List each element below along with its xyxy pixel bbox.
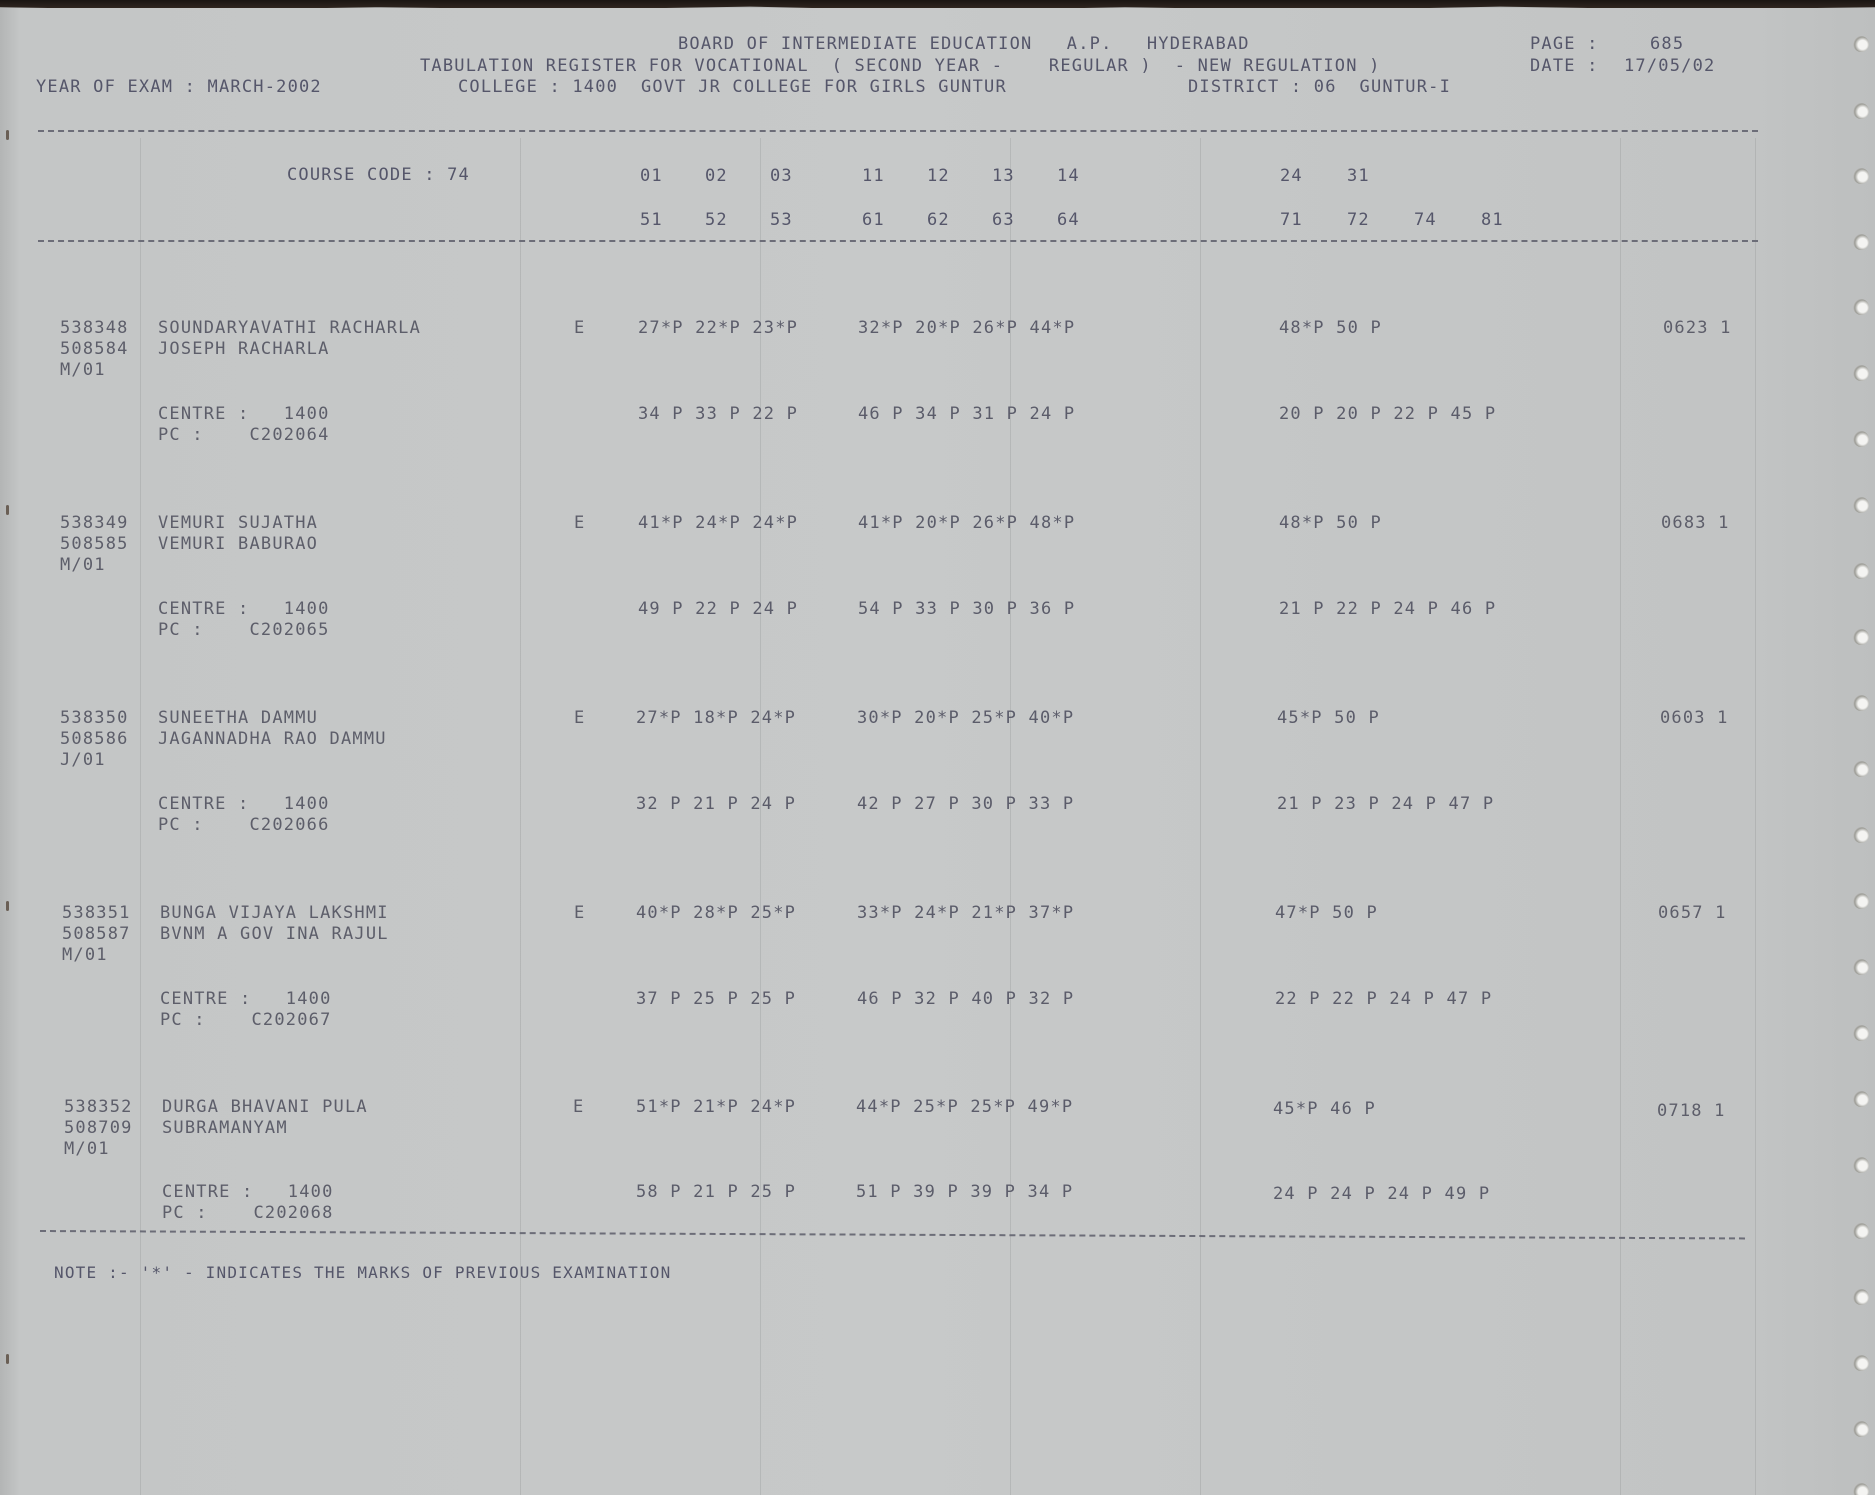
subject-code: 24 [1280, 166, 1303, 186]
perforation-hole-icon [1853, 827, 1869, 843]
perforation-hole-icon [1853, 761, 1869, 777]
student-name: SUNEETHA DAMMU [158, 708, 318, 728]
second-year-marks-group1: 37 P 25 P 25 P [636, 989, 796, 1009]
subject-code: 02 [705, 166, 728, 186]
total-marks: 0603 1 [1660, 708, 1729, 728]
second-year-marks-group1: 49 P 22 P 24 P [638, 599, 798, 619]
tabulation-register-sheet: BOARD OF INTERMEDIATE EDUCATION A.P. HYD… [0, 8, 1875, 1495]
subject-code: 11 [862, 166, 885, 186]
subject-code: 51 [640, 210, 663, 230]
centre: CENTRE : 1400 [158, 794, 330, 814]
pc-code: PC : C202068 [162, 1203, 334, 1223]
student-name: DURGA BHAVANI PULA [162, 1097, 368, 1117]
first-year-marks-group1: 40*P 28*P 25*P [636, 903, 796, 923]
perforation-hole-icon [1853, 629, 1869, 645]
hall-ticket-number: 538352 [64, 1097, 133, 1117]
first-year-marks-group3: 45*P 50 P [1277, 708, 1380, 728]
first-year-marks-group1: 51*P 21*P 24*P [636, 1097, 796, 1117]
registration-number: 508587 [62, 924, 131, 944]
first-year-marks-group3: 48*P 50 P [1279, 318, 1382, 338]
subject-code: 31 [1347, 166, 1370, 186]
divider-line [38, 130, 1758, 132]
first-year-marks-group2: 30*P 20*P 25*P 40*P [857, 708, 1074, 728]
hall-ticket-number: 538351 [62, 903, 131, 923]
registration-number: 508584 [60, 339, 129, 359]
perforation-hole-icon [1853, 234, 1869, 250]
subject-code: 63 [992, 210, 1015, 230]
total-marks: 0683 1 [1661, 513, 1730, 533]
perforation-hole-icon [1853, 1157, 1869, 1173]
perforation-hole-icon [1853, 1223, 1869, 1239]
second-year-marks-group1: 58 P 21 P 25 P [636, 1182, 796, 1202]
second-year-marks-group2: 46 P 34 P 31 P 24 P [858, 404, 1075, 424]
perforation-hole-icon [1853, 695, 1869, 711]
hall-ticket-number: 538350 [60, 708, 129, 728]
binder-mark [6, 505, 9, 515]
perforation-hole-icon [1853, 1289, 1869, 1305]
category-code: M/01 [64, 1139, 110, 1159]
medium: E [573, 1097, 584, 1117]
first-year-marks-group3: 48*P 50 P [1279, 513, 1382, 533]
second-year-marks-group2: 51 P 39 P 39 P 34 P [856, 1182, 1073, 1202]
form-column-line [1755, 138, 1756, 1495]
perforation-hole-icon [1853, 299, 1869, 315]
subject-code: 61 [862, 210, 885, 230]
centre: CENTRE : 1400 [158, 404, 330, 424]
subject-code: 74 [1414, 210, 1437, 230]
first-year-marks-group2: 32*P 20*P 26*P 44*P [858, 318, 1075, 338]
category-code: J/01 [60, 750, 106, 770]
form-column-line [520, 138, 521, 1495]
second-year-marks-group1: 34 P 33 P 22 P [638, 404, 798, 424]
perforation-hole-icon [1853, 959, 1869, 975]
college-info: COLLEGE : 1400 GOVT JR COLLEGE FOR GIRLS… [458, 77, 1007, 97]
student-name: VEMURI SUJATHA [158, 513, 318, 533]
binder-mark [6, 130, 9, 140]
second-year-marks-group3: 21 P 23 P 24 P 47 P [1277, 794, 1494, 814]
second-year-marks-group1: 32 P 21 P 24 P [636, 794, 796, 814]
medium: E [574, 708, 585, 728]
father-name: JOSEPH RACHARLA [158, 339, 330, 359]
page-label: PAGE : [1530, 34, 1599, 54]
divider-line [38, 240, 1758, 242]
student-name: SOUNDARYAVATHI RACHARLA [158, 318, 421, 338]
student-name: BUNGA VIJAYA LAKSHMI [160, 903, 389, 923]
first-year-marks-group3: 45*P 46 P [1273, 1099, 1376, 1119]
second-year-marks-group2: 46 P 32 P 40 P 32 P [857, 989, 1074, 1009]
subject-code: 14 [1057, 166, 1080, 186]
second-year-marks-group3: 24 P 24 P 24 P 49 P [1273, 1184, 1490, 1204]
perforation-hole-icon [1853, 103, 1869, 119]
print-date: 17/05/02 [1624, 56, 1715, 76]
first-year-marks-group2: 44*P 25*P 25*P 49*P [856, 1097, 1073, 1117]
total-marks: 0718 1 [1657, 1101, 1726, 1121]
first-year-marks-group2: 41*P 20*P 26*P 48*P [858, 513, 1075, 533]
district-info: DISTRICT : 06 GUNTUR-I [1188, 77, 1451, 97]
subject-code: 72 [1347, 210, 1370, 230]
registration-number: 508585 [60, 534, 129, 554]
hall-ticket-number: 538348 [60, 318, 129, 338]
perforation-hole-icon [1853, 36, 1869, 52]
subject-code: 81 [1481, 210, 1504, 230]
perforation-hole-icon [1853, 1421, 1869, 1437]
second-year-marks-group3: 20 P 20 P 22 P 45 P [1279, 404, 1496, 424]
father-name: JAGANNADHA RAO DAMMU [158, 729, 387, 749]
pc-code: PC : C202067 [160, 1010, 332, 1030]
register-title: TABULATION REGISTER FOR VOCATIONAL ( SEC… [420, 56, 1381, 76]
first-year-marks-group1: 27*P 22*P 23*P [638, 318, 798, 338]
perforation-hole-icon [1853, 1091, 1869, 1107]
form-column-line [1620, 138, 1621, 1495]
board-title: BOARD OF INTERMEDIATE EDUCATION A.P. HYD… [678, 34, 1250, 54]
course-code: COURSE CODE : 74 [287, 165, 470, 185]
second-year-marks-group3: 21 P 22 P 24 P 46 P [1279, 599, 1496, 619]
subject-code: 03 [770, 166, 793, 186]
subject-code: 53 [770, 210, 793, 230]
perforation-hole-icon [1853, 431, 1869, 447]
pc-code: PC : C202066 [158, 815, 330, 835]
subject-code: 62 [927, 210, 950, 230]
registration-number: 508586 [60, 729, 129, 749]
page-number: 685 [1650, 34, 1684, 54]
form-column-line [760, 138, 761, 1495]
perforation-hole-icon [1853, 497, 1869, 513]
date-label: DATE : [1530, 56, 1599, 76]
medium: E [574, 903, 585, 923]
first-year-marks-group3: 47*P 50 P [1275, 903, 1378, 923]
category-code: M/01 [60, 360, 106, 380]
category-code: M/01 [60, 555, 106, 575]
perforation-hole-icon [1853, 893, 1869, 909]
total-marks: 0623 1 [1663, 318, 1732, 338]
pc-code: PC : C202065 [158, 620, 330, 640]
perforation-hole-icon [1853, 168, 1869, 184]
second-year-marks-group2: 42 P 27 P 30 P 33 P [857, 794, 1074, 814]
subject-code: 52 [705, 210, 728, 230]
father-name: VEMURI BABURAO [158, 534, 318, 554]
total-marks: 0657 1 [1658, 903, 1727, 923]
perforation-hole-icon [1853, 1483, 1869, 1495]
medium: E [574, 513, 585, 533]
binder-mark [6, 1354, 9, 1364]
subject-code: 12 [927, 166, 950, 186]
year-of-exam: YEAR OF EXAM : MARCH-2002 [36, 77, 322, 97]
form-column-line [1200, 138, 1201, 1495]
form-column-line [1010, 138, 1011, 1495]
medium: E [574, 318, 585, 338]
subject-code: 01 [640, 166, 663, 186]
perforation-hole-icon [1853, 1025, 1869, 1041]
perforation-hole-icon [1853, 563, 1869, 579]
subject-code: 13 [992, 166, 1015, 186]
perforation-hole-icon [1853, 1355, 1869, 1371]
centre: CENTRE : 1400 [160, 989, 332, 1009]
pc-code: PC : C202064 [158, 425, 330, 445]
hall-ticket-number: 538349 [60, 513, 129, 533]
father-name: BVNM A GOV INA RAJUL [160, 924, 389, 944]
perforation-hole-icon [1853, 365, 1869, 381]
subject-code: 64 [1057, 210, 1080, 230]
centre: CENTRE : 1400 [162, 1182, 334, 1202]
first-year-marks-group1: 41*P 24*P 24*P [638, 513, 798, 533]
subject-code: 71 [1280, 210, 1303, 230]
category-code: M/01 [62, 945, 108, 965]
registration-number: 508709 [64, 1118, 133, 1138]
first-year-marks-group1: 27*P 18*P 24*P [636, 708, 796, 728]
footer-note: NOTE :- '*' - INDICATES THE MARKS OF PRE… [54, 1263, 671, 1283]
form-column-line [140, 138, 141, 1495]
first-year-marks-group2: 33*P 24*P 21*P 37*P [857, 903, 1074, 923]
father-name: SUBRAMANYAM [162, 1118, 288, 1138]
second-year-marks-group2: 54 P 33 P 30 P 36 P [858, 599, 1075, 619]
divider-line [40, 1230, 1745, 1239]
centre: CENTRE : 1400 [158, 599, 330, 619]
second-year-marks-group3: 22 P 22 P 24 P 47 P [1275, 989, 1492, 1009]
binder-mark [6, 901, 9, 911]
